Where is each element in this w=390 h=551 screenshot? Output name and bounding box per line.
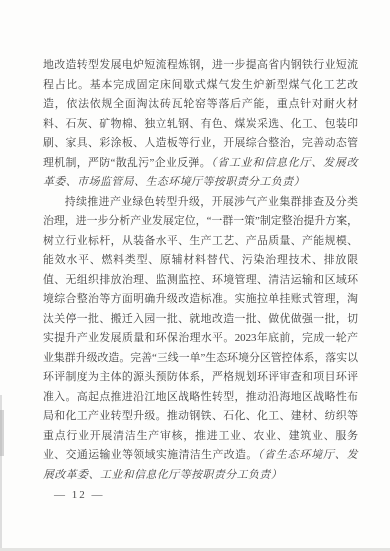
- body-paragraph: 地改造转型发展电炉短流程炼钢，进一步提高省内钢铁行业短流程占比。基本完成固定床间…: [43, 56, 358, 193]
- document-page: 地改造转型发展电炉短流程炼钢，进一步提高省内钢铁行业短流程占比。基本完成固定床间…: [0, 0, 390, 551]
- scan-artifact-left-shadow: [0, 410, 4, 456]
- page-number: — 12 —: [54, 489, 105, 501]
- body-paragraph: 持续推进产业绿色转型升级，开展涉气产业集群排查及分类治理，进一步分析产业发展定位…: [43, 193, 358, 486]
- page-body: 地改造转型发展电炉短流程炼钢，进一步提高省内钢铁行业短流程占比。基本完成固定床间…: [43, 56, 358, 485]
- paragraph-text: 持续推进产业绿色转型升级，开展涉气产业集群排查及分类治理，进一步分析产业发展定位…: [43, 196, 358, 462]
- paragraph-text: 地改造转型发展电炉短流程炼钢，进一步提高省内钢铁行业短流程占比。基本完成固定床间…: [43, 59, 358, 169]
